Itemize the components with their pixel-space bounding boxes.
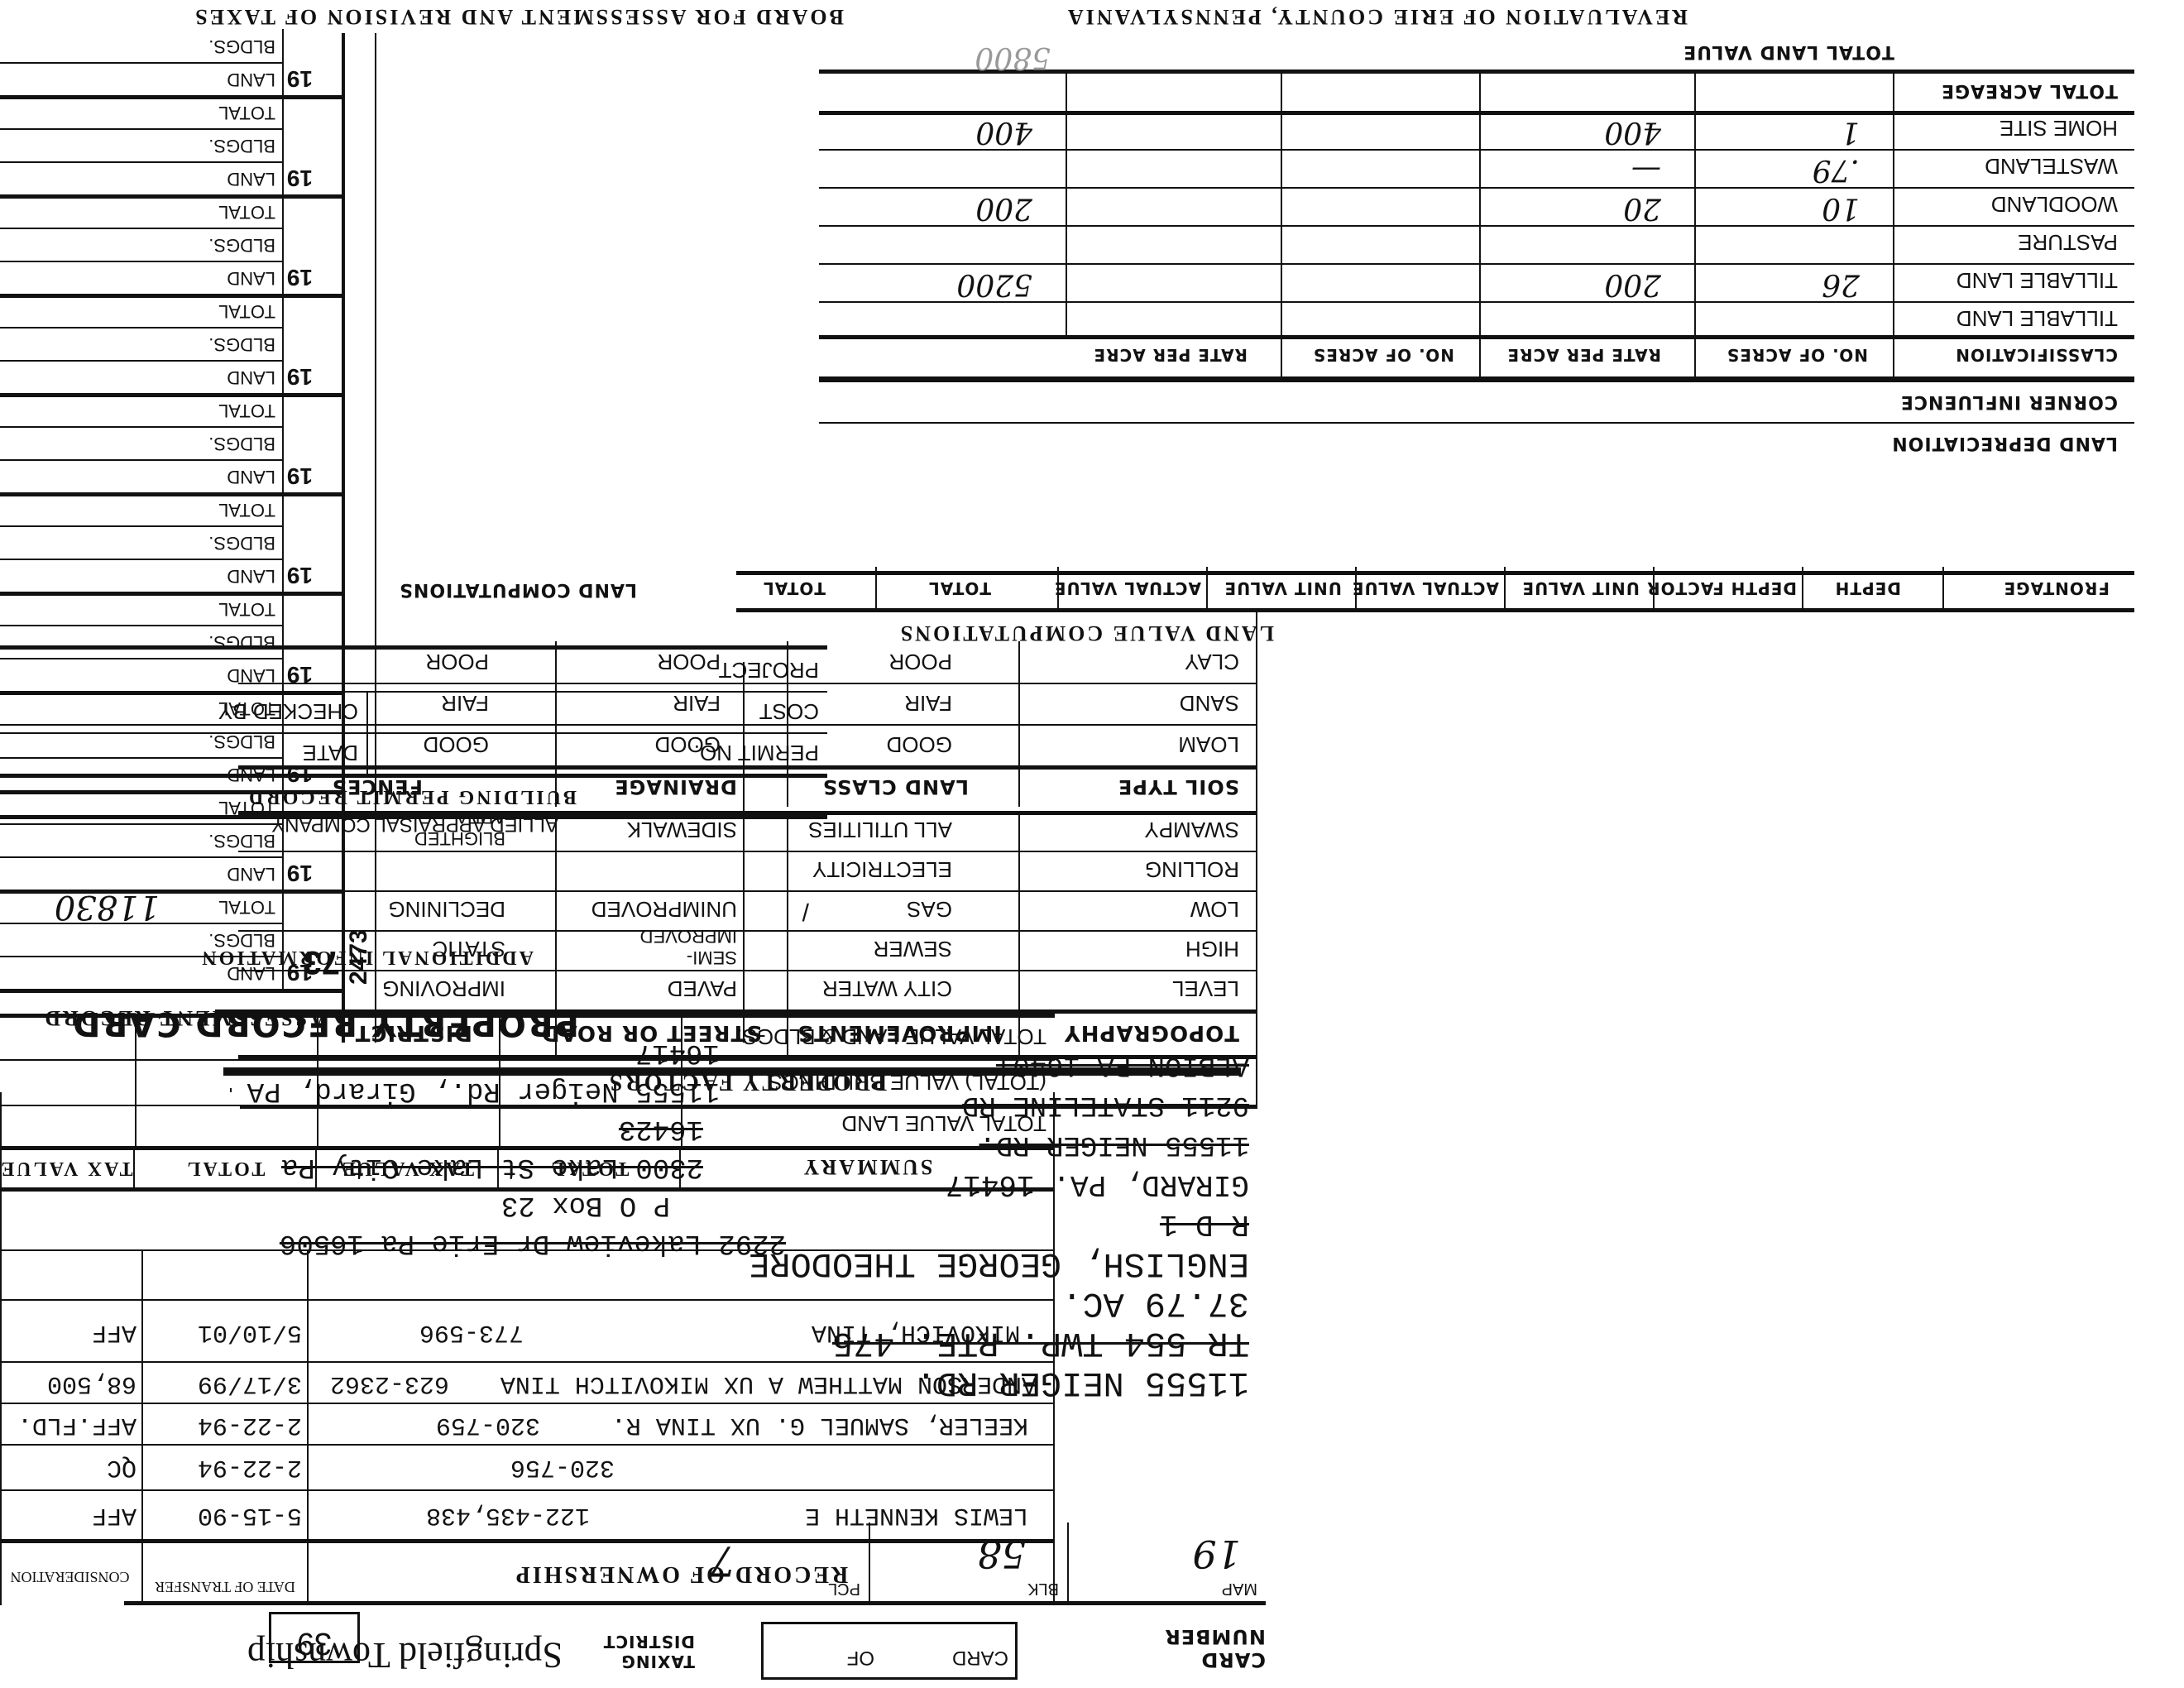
property-record-card: CARD NUMBER CARD OF TAXING DISTRICT Spri… (0, 0, 2184, 1688)
assessment-year-group: 19 LAND BLDGS. TOTAL (0, 298, 342, 397)
acreage-row-pasture: PASTURE (819, 225, 2134, 263)
header-left-title: REVALUATION OF ERIE COUNTY, PENNSYLVANIA (1066, 4, 1688, 29)
acreage-row-wasteland: WASTELAND .79 — (819, 149, 2134, 187)
map-value: 19 (1192, 1532, 1241, 1576)
assessment-year-group: 73 19 LAND BLDGS. TOTAL 11830 (0, 894, 342, 993)
acreage-row-tillable-2: TILLABLE LAND 26 200 5200 (819, 263, 2134, 301)
land-depreciation: LAND DEPRECIATION (819, 422, 2134, 463)
assessment-record: ASSESSMENT RECORD 73 19 LAND BLDGS. TOTA… (0, 33, 343, 1043)
land-value-title: LAND VALUE COMPUTATIONS (529, 612, 1274, 645)
ownership-title: RECORD OF OWNERSHIP (309, 1539, 1053, 1605)
acreage-row-woodland: WOODLAND 10 20 200 (819, 187, 2134, 225)
header-right-title: BOARD FOR ASSESSMENT AND REVISION OF TAX… (193, 4, 844, 29)
card-of-box[interactable]: CARD OF (761, 1622, 1018, 1680)
total-land-value: 5800 (975, 41, 1051, 74)
acreage-rows: TILLABLE LAND TILLABLE LAND 26 200 5200 … (819, 66, 2134, 339)
total-land-value-label: TOTAL LAND VALUE (1683, 41, 1894, 62)
assessment-year-group: 19 LAND BLDGS. TOTAL (0, 695, 342, 794)
assessment-year-group: 19 LAND BLDGS. TOTAL (0, 397, 342, 496)
acreage-row-homesite: HOME SITE 1 400 400 (819, 111, 2134, 149)
card-number-label: CARD NUMBER (1125, 1625, 1266, 1671)
total-acreage-row: TOTAL ACREAGE (819, 70, 2134, 111)
assessment-year-group: 19 LAND BLDGS. TOTAL (0, 496, 342, 596)
assessment-year-group: 19 LAND BLDGS. TOTAL (0, 596, 342, 695)
taxing-district-label: TAXING DISTRICT (579, 1632, 695, 1671)
assessment-year-group: 19 LAND BLDGS. TOTAL (0, 99, 342, 199)
acreage-row-tillable-1: TILLABLE LAND (819, 301, 2134, 339)
assessment-record-title: ASSESSMENT RECORD (42, 1005, 325, 1030)
owner-name: ENGLISH, GEORGE THEODORE (749, 1244, 1249, 1283)
land-computations-area (376, 662, 745, 1043)
assessment-year-group: 19 LAND BLDGS. TOTAL (0, 199, 342, 298)
box-number: 39 (269, 1612, 360, 1663)
acreage-header: CLASSIFICATION NO. OF ACRES RATE PER ACR… (819, 335, 2134, 376)
card-id-strip: CARD NUMBER CARD OF TAXING DISTRICT Spri… (0, 1622, 1266, 1671)
assessment-stamp: 2473 (345, 929, 373, 985)
assessment-year-group: 19 LAND BLDGS. TOTAL (0, 794, 342, 894)
land-computations-label: LAND COMPUTATIONS (399, 579, 637, 600)
assessment-year-group: 19 LAND BLDGS. (0, 33, 342, 99)
date-of-transfer-header: DATE OF TRANSFER (143, 1539, 309, 1605)
land-value-header: FRONTAGE DEPTH DEPTH FACTOR UNIT VALUE A… (736, 571, 2134, 612)
corner-influence: CORNER INFLUENCE (819, 381, 2134, 422)
assessment-stamp-strip: 2473 (343, 33, 376, 1043)
consideration-header: CONSIDERATION (0, 1539, 143, 1605)
